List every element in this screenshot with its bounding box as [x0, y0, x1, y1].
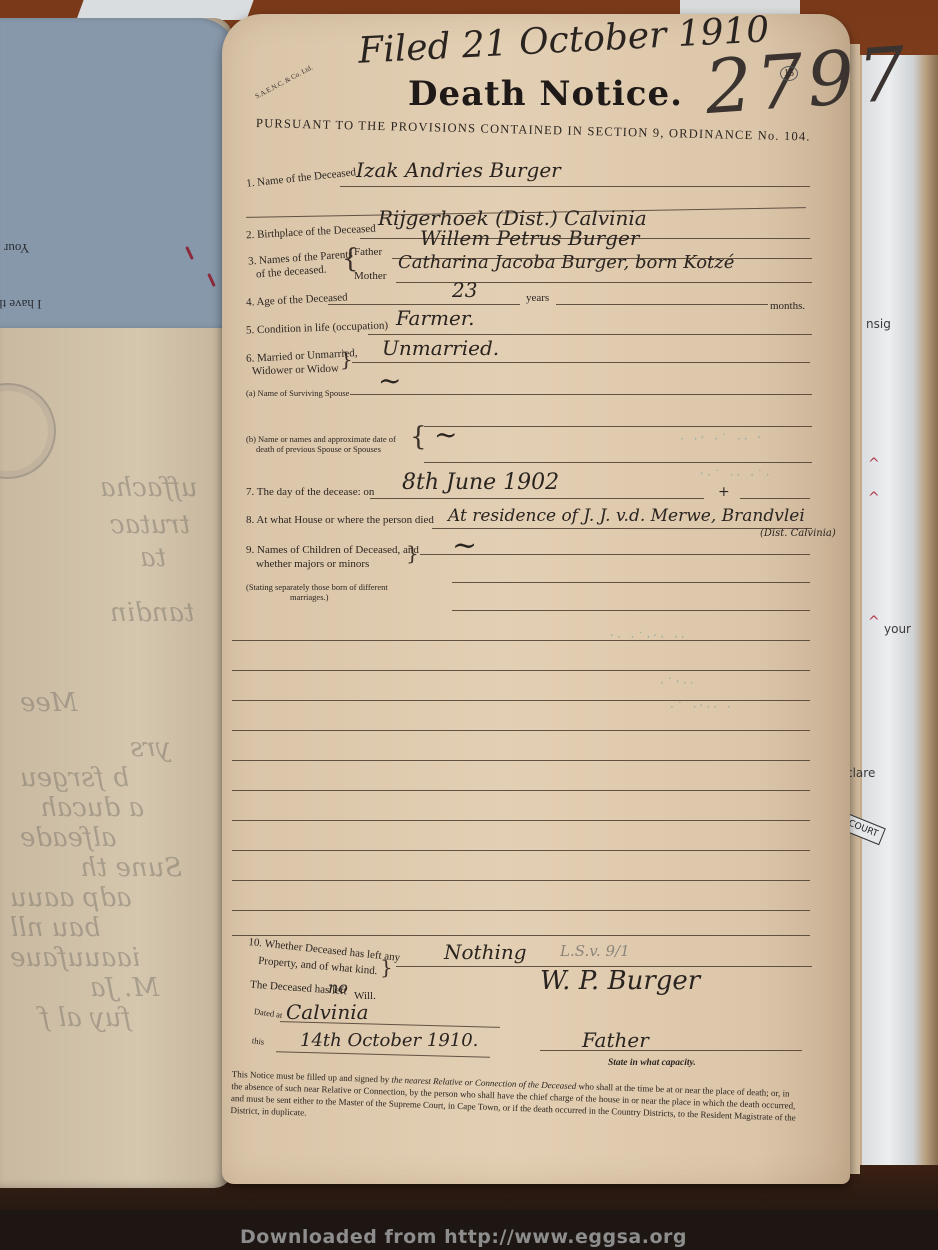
brace-icon: } — [340, 346, 353, 372]
value-previous-spouse: ~ — [434, 418, 457, 451]
value-date-of-decease: 8th June 1902 — [402, 470, 559, 495]
form-rule — [232, 910, 810, 911]
bleed-through-text: yrs — [130, 733, 170, 763]
cross-mark: + — [718, 484, 730, 500]
form-rule — [740, 498, 810, 499]
ink-offset: · ·ˑ ·˙ ·· ˑ — [680, 432, 764, 446]
form-rule — [232, 935, 810, 936]
value-name: Izak Andries Burger — [356, 158, 561, 182]
form-rule — [232, 790, 810, 791]
value-place-of-death-2: (Dist. Calvinia) — [760, 528, 836, 539]
form-rule — [232, 760, 810, 761]
form-rule — [232, 880, 810, 881]
ink-offset: ˑ· ·˙·ˑ· ·· — [610, 630, 688, 644]
blue-sheet-text: Your — [4, 240, 29, 256]
stack-note: your — [884, 622, 911, 636]
bleed-through-text: ta — [140, 543, 166, 573]
form-rule — [424, 462, 812, 463]
bleed-through-text: uffacha — [100, 473, 197, 503]
caret-mark-icon: ^ — [868, 456, 880, 472]
form-rule — [540, 1050, 802, 1051]
value-this-date: 14th October 1910. — [300, 1030, 478, 1051]
form-rule — [232, 640, 810, 641]
caret-mark-icon: ^ — [868, 614, 880, 630]
form-rule — [232, 820, 810, 821]
brace-icon: } — [380, 954, 393, 980]
red-ink-mark — [185, 246, 194, 260]
label-months: months. — [770, 300, 805, 312]
label-mother: Mother — [354, 270, 386, 282]
value-dated-at: Calvinia — [286, 1000, 369, 1024]
bleed-through-text: fuy al f — [40, 1003, 131, 1033]
label-place-of-death: 8. At what House or where the person die… — [246, 514, 434, 526]
label-father: Father — [354, 246, 382, 258]
caret-mark-icon: ^ — [868, 490, 880, 506]
paper-scrap — [76, 0, 253, 20]
signature: W. P. Burger — [540, 966, 700, 996]
stack-note: nsig — [866, 317, 891, 331]
label-children-3: (Stating separately those born of differ… — [246, 582, 388, 592]
label-children-4: marriages.) — [290, 592, 328, 602]
value-property: Nothing — [444, 940, 527, 964]
register-number-superscript: 15 — [780, 66, 798, 81]
label-date-of-decease: 7. The day of the decease: on — [246, 486, 374, 498]
brace-icon: } — [406, 540, 419, 566]
ink-offset: ˑ·˙ ·· ·˙· — [700, 468, 773, 482]
blue-sheet: Your I have th — [0, 18, 232, 328]
form-title: Death Notice. — [408, 74, 683, 114]
blue-sheet-text: I have th — [0, 296, 41, 312]
value-occupation: Farmer. — [396, 306, 475, 330]
ink-offset: ·˙ ·ˑ·· · — [670, 700, 734, 714]
stack-note: clare — [846, 766, 875, 780]
red-ink-mark — [207, 273, 216, 287]
bleed-through-text: Mee — [20, 688, 77, 718]
bleed-through-text: a ducah — [40, 793, 144, 823]
form-rule — [352, 362, 810, 363]
right-paper-stack — [856, 55, 938, 1165]
form-rule — [452, 582, 810, 583]
label-years: years — [526, 292, 549, 304]
label-previous-spouse-2: death of previous Spouse or Spouses — [256, 444, 381, 454]
label-capacity: State in what capacity. — [608, 1058, 696, 1068]
form-rule — [424, 426, 812, 427]
form-rule — [432, 528, 812, 529]
register-number: 2797 — [702, 31, 912, 131]
value-surviving-spouse: ~ — [378, 364, 401, 397]
left-page: Your I have th uffacha trutac ta tandin … — [0, 18, 232, 1188]
value-capacity: Father — [582, 1028, 649, 1052]
form-rule — [340, 186, 810, 187]
label-previous-spouse: (b) Name or names and approximate date o… — [246, 434, 396, 444]
form-rule — [556, 304, 768, 305]
bleed-through-text: alfeade — [20, 823, 116, 853]
label-this: this — [251, 1035, 265, 1047]
bleed-through-text: adp aauu — [10, 883, 132, 913]
bleed-through-text: b fsrgeu — [20, 763, 129, 793]
value-age: 23 — [452, 278, 477, 302]
label-children: 9. Names of Children of Deceased, and — [246, 544, 419, 556]
form-rule — [420, 554, 810, 555]
bleed-through-text: trutac — [110, 510, 190, 540]
form-rule — [232, 850, 810, 851]
bleed-through-text: tandin — [110, 598, 194, 628]
bleed-through-text: bau nll — [10, 913, 101, 943]
value-father: Willem Petrus Burger — [420, 226, 639, 250]
form-rule — [452, 610, 810, 611]
form-rule — [232, 670, 810, 671]
value-property-note: L.S.v. 9/1 — [560, 942, 630, 960]
form-rule — [232, 730, 810, 731]
bleed-through-text: M. Ja — [90, 973, 159, 1003]
form-rule — [350, 394, 812, 395]
value-marital: Unmarried. — [382, 336, 499, 360]
seal-stamp — [0, 383, 56, 479]
bleed-through-text: Sune th — [80, 853, 182, 883]
label-surviving-spouse: (a) Name of Surviving Spouse — [246, 388, 349, 398]
value-children: ~ — [452, 528, 477, 563]
bleed-through-text: iaauufaue — [10, 943, 140, 973]
value-place-of-death: At residence of J. J. v.d. Merwe, Brandv… — [448, 506, 805, 526]
ink-offset: ·˙ˑ·· — [660, 676, 697, 690]
source-watermark: Downloaded from http://www.eggsa.org — [240, 1226, 687, 1248]
value-will: no — [328, 978, 348, 997]
form-rule — [370, 498, 704, 499]
value-mother: Catharina Jacoba Burger, born Kotzé — [398, 252, 734, 273]
brace-icon: { — [410, 424, 427, 450]
label-children-2: whether majors or minors — [256, 558, 369, 570]
